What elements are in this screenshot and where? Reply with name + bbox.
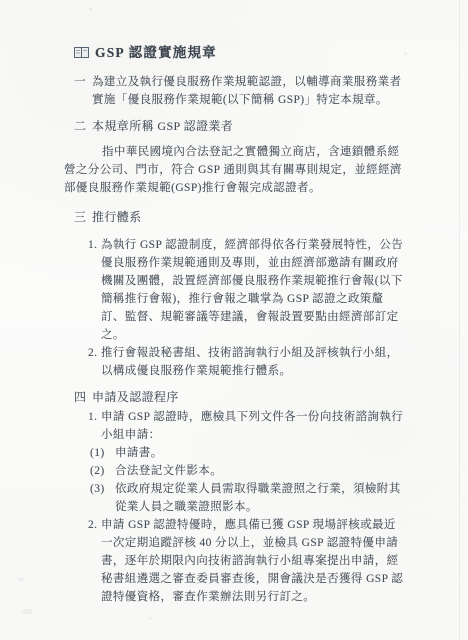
item-number: 2. [88,344,101,380]
subitem-number: (1) [90,444,115,462]
item-text: 推行會報設秘書組、技術諮詢執行小組及評核執行小組，以構成優良服務作業規範推行體系… [101,344,406,380]
section-4-item-1: 1. 申請 GSP 認證時，應檢具下列文件各一份向技術諮詢執行小組申請： [88,408,406,444]
page-title: GSP 認證實施規章 [95,44,217,61]
subitem-text: 合法登記文件影本。 [115,462,222,480]
item-number: 1. [88,408,101,444]
section-3-item-2: 2. 推行會報設秘書組、技術諮詢執行小組及評核執行小組，以構成優良服務作業規範推… [88,344,406,380]
section-4-heading-row: 四 申請及認證程序 [74,388,406,406]
scan-speck [404,52,407,55]
section-4-subitem-2: (2) 合法登記文件影本。 [90,462,406,480]
subitem-text: 申請書。 [115,444,163,462]
item-number: 1. [88,236,101,344]
scanned-document-page: GSP 認證實施規章 一 為建立及執行優良服務作業規範認證，以輔導商業服務業者實… [0,0,468,640]
section-2-body: 指中華民國境內合法登記之實體獨立商店，含連鎖體系經營之分公司、門市，符合 GSP… [64,143,406,197]
item-text: 申請 GSP 認證時，應檢具下列文件各一份向技術諮詢執行小組申請： [101,408,406,444]
section-1-text: 為建立及執行優良服務作業規範認證，以輔導商業服務業者實施「優良服務作業規範(以下… [92,73,406,109]
section-1-marker: 一 [74,73,92,109]
subitem-number: (2) [90,462,115,480]
item-text: 申請 GSP 認證特優時，應具備已獲 GSP 現場評核或最近一次定期追蹤評核 4… [101,516,406,606]
section-2-heading: 本規章所稱 GSP 認證業者 [92,117,233,135]
scan-speck [18,578,25,581]
scan-speck [148,617,152,620]
section-1: 一 為建立及執行優良服務作業規範認證，以輔導商業服務業者實施「優良服務作業規範(… [74,73,406,109]
subitem-text: 依政府規定從業人員需取得職業證照之行業，須檢附其從業人員之職業證照影本。 [115,480,406,516]
section-3-heading-row: 三 推行體系 [74,208,406,226]
section-4-marker: 四 [74,388,92,406]
item-number: 2. [88,516,101,606]
section-3-item-1: 1. 為執行 GSP 認證制度，經濟部得依各行業發展特性，公告優良服務作業規範通… [88,236,406,344]
scan-speck [89,8,92,10]
section-2-heading-row: 二 本規章所稱 GSP 認證業者 [74,117,406,135]
section-4-item-2: 2. 申請 GSP 認證特優時，應具備已獲 GSP 現場評核或最近一次定期追蹤評… [88,516,406,606]
subitem-number: (3) [90,480,115,516]
open-book-icon [74,47,89,58]
document-title-row: GSP 認證實施規章 [74,44,406,61]
section-4-subitem-3: (3) 依政府規定從業人員需取得職業證照之行業，須檢附其從業人員之職業證照影本。 [90,480,406,516]
section-4-subitem-1: (1) 申請書。 [90,444,406,462]
section-2-marker: 二 [74,117,92,135]
item-text: 為執行 GSP 認證制度，經濟部得依各行業發展特性，公告優良服務作業規範通則及專… [101,236,406,344]
section-4-heading: 申請及認證程序 [92,388,179,406]
section-3-marker: 三 [74,208,92,226]
scan-speck [22,609,33,614]
section-3-heading: 推行體系 [92,208,142,226]
scan-edge-line [459,0,460,640]
